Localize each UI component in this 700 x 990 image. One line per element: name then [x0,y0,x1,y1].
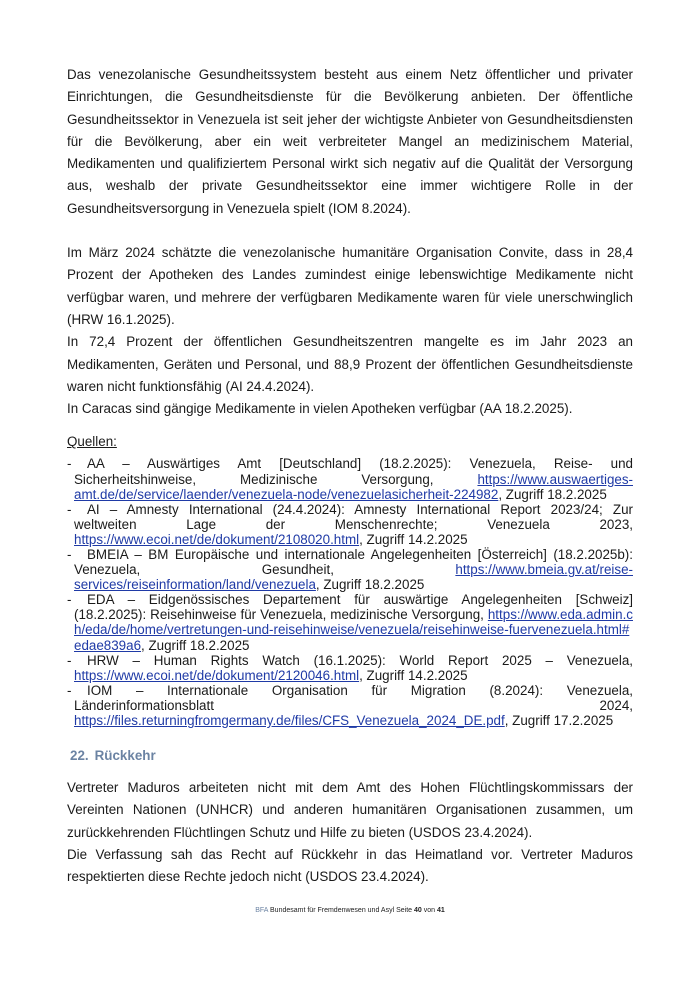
source-access-date: , Zugriff 18.2.2025 [141,638,249,653]
source-link[interactable]: https://www.ecoi.net/de/dokument/2108020… [74,532,359,547]
paragraph-unhcr: Vertreter Maduros arbeiteten nicht mit d… [67,777,633,844]
page-number: 40 [414,907,422,914]
sources-list: -AA – Auswärtiges Amt [Deutschland] (18.… [67,456,633,728]
page-total: 41 [437,907,445,914]
source-access-date: , Zugriff 18.2.2025 [316,577,424,592]
bullet-dash: - [67,683,87,698]
bfa-logo: BFA [255,907,268,914]
source-access-date: , Zugriff 17.2.2025 [505,713,613,728]
source-item: -IOM – Internationale Organisation für M… [67,683,633,728]
source-access-date: , Zugriff 18.2.2025 [498,487,606,502]
section-heading: 22.Rückkehr [67,748,633,763]
source-link[interactable]: https://www.ecoi.net/de/dokument/2120046… [74,668,359,683]
source-text: AI – Amnesty International (24.4.2024): … [74,502,633,532]
bullet-dash: - [67,456,87,471]
source-access-date: , Zugriff 14.2.2025 [359,668,467,683]
paragraph-caracas: In Caracas sind gängige Medikamente in v… [67,398,633,420]
section-title: Rückkehr [95,748,156,763]
source-item: -AA – Auswärtiges Amt [Deutschland] (18.… [67,456,633,501]
source-item: -BMEIA – BM Europäische und internationa… [67,547,633,592]
sources-title: Quellen: [67,434,633,450]
source-text: HRW – Human Rights Watch (16.1.2025): Wo… [87,653,633,668]
bullet-dash: - [67,592,87,607]
bullet-dash: - [67,653,87,668]
source-link[interactable]: https://files.returningfromgermany.de/fi… [74,713,505,728]
page-footer: BFA Bundesamt für Fremdenwesen und Asyl … [0,907,700,914]
source-item: -EDA – Eidgenössisches Departement für a… [67,592,633,652]
bullet-dash: - [67,547,87,562]
source-item: -AI – Amnesty International (24.4.2024):… [67,502,633,547]
source-item: -HRW – Human Rights Watch (16.1.2025): W… [67,653,633,683]
paragraph-health-system: Das venezolanische Gesundheitssystem bes… [67,64,633,220]
footer-of: von [422,907,437,914]
section-number: 22. [70,748,89,763]
paragraph-health-centers: In 72,4 Prozent der öffentlichen Gesundh… [67,331,633,398]
paragraph-constitution: Die Verfassung sah das Recht auf Rückkeh… [67,844,633,889]
document-page: Das venezolanische Gesundheitssystem bes… [67,64,633,889]
source-text: IOM – Internationale Organisation für Mi… [74,683,633,713]
paragraph-medication-availability: Im März 2024 schätzte die venezolanische… [67,242,633,331]
bullet-dash: - [67,502,87,517]
source-access-date: , Zugriff 14.2.2025 [359,532,467,547]
footer-org: Bundesamt für Fremdenwesen und Asyl Seit… [268,907,414,914]
